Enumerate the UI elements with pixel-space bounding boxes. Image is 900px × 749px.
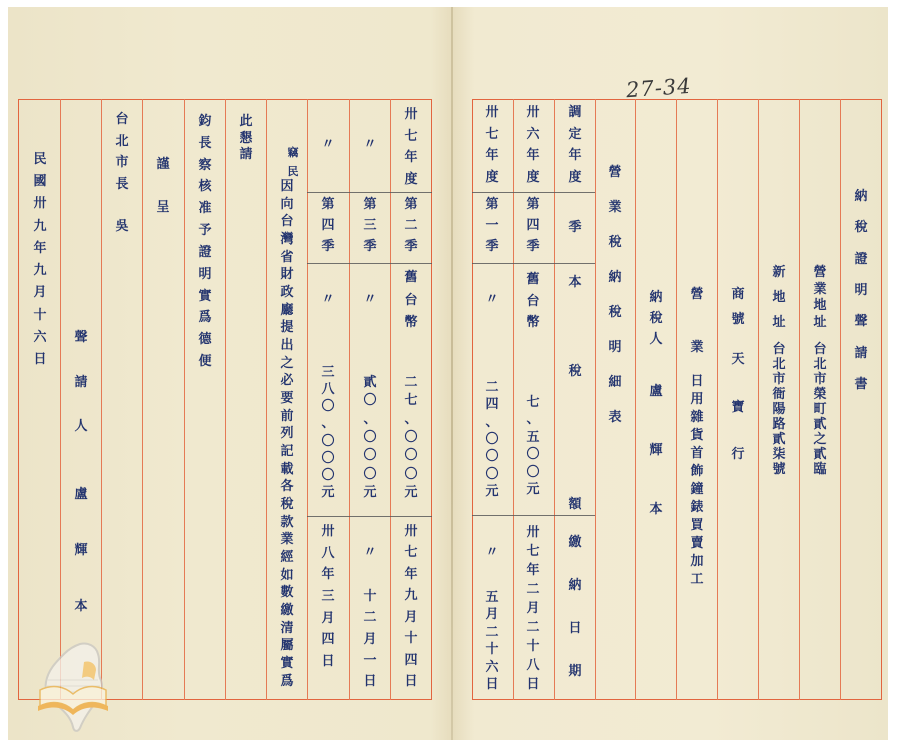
glyph: 鈞 bbox=[198, 115, 211, 129]
glyph: 定 bbox=[568, 128, 581, 142]
business-label: 營業 bbox=[688, 288, 706, 355]
glyph: 業 bbox=[813, 283, 826, 297]
table-rule bbox=[307, 192, 432, 193]
glyph: 〇 bbox=[321, 400, 334, 414]
glyph: 證 bbox=[198, 246, 211, 260]
glyph: 新 bbox=[772, 266, 785, 280]
grid-line bbox=[840, 99, 841, 700]
grid-line bbox=[60, 99, 61, 700]
glyph: 卅 bbox=[526, 106, 539, 120]
glyph: 第 bbox=[321, 198, 334, 212]
glyph: 營 bbox=[608, 166, 621, 180]
grid-line bbox=[595, 99, 596, 700]
glyph: 地 bbox=[813, 299, 826, 313]
glyph: 柒 bbox=[772, 448, 785, 462]
glyph: 月 bbox=[404, 611, 417, 625]
glyph: 賣 bbox=[690, 537, 703, 551]
table-rule bbox=[472, 263, 595, 264]
header-amount-1: 本 bbox=[566, 276, 584, 290]
glyph: 〇 bbox=[485, 450, 498, 464]
glyph: 出 bbox=[280, 339, 293, 353]
glyph: 要 bbox=[280, 392, 293, 406]
taxpayer-label: 納稅人 bbox=[647, 291, 665, 347]
glyph: 月 bbox=[33, 286, 46, 300]
glyph: 年 bbox=[404, 151, 417, 165]
glyph: 稅 bbox=[280, 498, 293, 512]
glyph: 輝 bbox=[74, 544, 87, 558]
glyph: 、 bbox=[404, 413, 417, 427]
row-quarter: 第三季 bbox=[361, 198, 379, 254]
glyph: 請 bbox=[239, 148, 252, 162]
grid-line bbox=[676, 99, 677, 700]
row-amount: 二七、〇〇〇元 bbox=[402, 376, 420, 500]
glyph: 日 bbox=[526, 678, 539, 692]
glyph: 月 bbox=[485, 608, 498, 622]
glyph: 衙 bbox=[772, 388, 785, 402]
glyph: 廳 bbox=[280, 304, 293, 318]
row-currency-ditto: 〃 bbox=[319, 293, 337, 307]
glyph: 〇 bbox=[363, 468, 376, 482]
glyph: 吳 bbox=[115, 220, 128, 234]
glyph: 〃 bbox=[485, 546, 498, 560]
row-year: 卅七年度 bbox=[402, 108, 420, 187]
glyph: 輝 bbox=[649, 444, 662, 458]
header-paid-date: 繳納日期 bbox=[566, 536, 584, 679]
business-address-value: 台北市榮町貳之貳臨 bbox=[811, 343, 829, 477]
glyph: 貳 bbox=[813, 448, 826, 462]
glyph: 錶 bbox=[690, 501, 703, 515]
glyph: 向 bbox=[280, 198, 293, 212]
glyph: 業 bbox=[608, 201, 621, 215]
glyph: 明 bbox=[198, 268, 211, 282]
glyph: 商 bbox=[731, 288, 744, 302]
glyph: 本 bbox=[649, 503, 662, 517]
glyph: 納 bbox=[568, 579, 581, 593]
glyph: 季 bbox=[568, 221, 581, 235]
glyph: 度 bbox=[568, 171, 581, 185]
glyph: 號 bbox=[731, 313, 744, 327]
row-paid-date: 卅七年九月十四日 bbox=[402, 525, 420, 689]
glyph: 、 bbox=[485, 416, 498, 430]
glyph: 寶 bbox=[731, 401, 744, 415]
glyph: 八 bbox=[321, 383, 334, 397]
glyph: 〇 bbox=[485, 468, 498, 482]
glyph: 核 bbox=[198, 180, 211, 194]
glyph: 元 bbox=[526, 483, 539, 497]
glyph: 各 bbox=[280, 480, 293, 494]
request-body: 鈞長察核准予證明實爲德便 bbox=[196, 115, 214, 369]
glyph: 〇 bbox=[404, 431, 417, 445]
row-currency-ditto: 〃 bbox=[361, 293, 379, 307]
glyph: 業 bbox=[690, 341, 703, 355]
glyph: 五 bbox=[526, 431, 539, 445]
business-value: 日用雜貨首飾鐘錶買賣加工 bbox=[688, 375, 706, 587]
glyph: 北 bbox=[772, 358, 785, 372]
glyph: 行 bbox=[731, 448, 744, 462]
glyph: 貳 bbox=[813, 418, 826, 432]
glyph: 二 bbox=[485, 626, 498, 640]
glyph: 日 bbox=[33, 353, 46, 367]
glyph: 二 bbox=[526, 583, 539, 597]
glyph: 首 bbox=[690, 447, 703, 461]
row-paid-date: 卅七年二月二十八日 bbox=[524, 526, 542, 692]
header-amount-2: 稅 bbox=[566, 365, 584, 379]
glyph: 〇 bbox=[321, 452, 334, 466]
row-quarter: 第二季 bbox=[402, 198, 420, 254]
glyph: 一 bbox=[485, 219, 498, 233]
glyph: 納 bbox=[608, 271, 621, 285]
glyph: 卅 bbox=[485, 106, 498, 120]
glyph: 經 bbox=[280, 551, 293, 565]
statement-prefix: 竊民 bbox=[284, 146, 302, 179]
glyph: 予 bbox=[198, 224, 211, 238]
taxpayer-name: 盧輝本 bbox=[647, 385, 665, 517]
glyph: 〃 bbox=[363, 293, 376, 307]
glyph: 繳 bbox=[568, 536, 581, 550]
glyph: 天 bbox=[731, 353, 744, 367]
glyph: 盧 bbox=[74, 488, 87, 502]
glyph: 度 bbox=[404, 173, 417, 187]
glyph: 日 bbox=[485, 678, 498, 692]
glyph: 第 bbox=[485, 198, 498, 212]
glyph: 調 bbox=[568, 106, 581, 120]
glyph: 本 bbox=[74, 600, 87, 614]
glyph: 七 bbox=[485, 128, 498, 142]
glyph: 必 bbox=[280, 374, 293, 388]
glyph: 款 bbox=[280, 516, 293, 530]
row-currency: 舊台幣 bbox=[524, 273, 542, 330]
glyph: 台 bbox=[115, 113, 128, 127]
glyph: 卅 bbox=[526, 526, 539, 540]
glyph: 貳 bbox=[363, 376, 376, 390]
glyph: 因 bbox=[280, 180, 293, 194]
row-paid-date-ditto: 〃 bbox=[361, 546, 379, 560]
glyph: 稅 bbox=[608, 236, 621, 250]
business-address-label: 營業地址 bbox=[811, 266, 829, 330]
applicant-name: 盧輝本 bbox=[72, 488, 90, 614]
row-year-ditto: 〃 bbox=[361, 138, 379, 152]
glyph: 路 bbox=[772, 418, 785, 432]
addressee-title: 台北市長 bbox=[113, 113, 131, 192]
glyph: 實 bbox=[198, 290, 211, 304]
grid-line bbox=[266, 99, 267, 700]
glyph: 人 bbox=[74, 420, 87, 434]
glyph: 年 bbox=[404, 568, 417, 582]
glyph: 六 bbox=[526, 128, 539, 142]
glyph: 、 bbox=[526, 413, 539, 427]
glyph: 、 bbox=[321, 417, 334, 431]
glyph: 〃 bbox=[363, 138, 376, 152]
glyph: 業 bbox=[280, 533, 293, 547]
glyph: 三 bbox=[321, 590, 334, 604]
glyph: 十 bbox=[404, 632, 417, 646]
glyph: 〇 bbox=[526, 466, 539, 480]
glyph: 稅 bbox=[649, 312, 662, 326]
grid-line bbox=[184, 99, 185, 700]
table-rule bbox=[307, 263, 432, 264]
document-title: 納稅證明聲請書 bbox=[852, 190, 870, 392]
glyph: 飾 bbox=[690, 465, 703, 479]
glyph: 〇 bbox=[363, 449, 376, 463]
glyph: 灣 bbox=[280, 233, 293, 247]
glyph: 七 bbox=[526, 396, 539, 410]
glyph: 九 bbox=[33, 264, 46, 278]
glyph: 〇 bbox=[321, 469, 334, 483]
glyph: 十 bbox=[33, 309, 46, 323]
row-year: 卅七年度 bbox=[483, 106, 501, 185]
glyph: 二 bbox=[404, 376, 417, 390]
page-fold bbox=[451, 7, 453, 740]
glyph: 度 bbox=[526, 171, 539, 185]
grid-line bbox=[513, 99, 514, 700]
grid-line bbox=[717, 99, 718, 700]
glyph: 町 bbox=[813, 403, 826, 417]
glyph: 前 bbox=[280, 410, 293, 424]
glyph: 明 bbox=[854, 284, 867, 298]
glyph: 數 bbox=[280, 586, 293, 600]
glyph: 十 bbox=[526, 640, 539, 654]
row-quarter: 第一季 bbox=[483, 198, 501, 254]
glyph: 〇 bbox=[404, 449, 417, 463]
glyph: 三 bbox=[363, 219, 376, 233]
glyph: 臨 bbox=[813, 463, 826, 477]
glyph: 屬 bbox=[280, 639, 293, 653]
glyph: 九 bbox=[404, 589, 417, 603]
glyph: 台 bbox=[526, 295, 539, 309]
glyph: 第 bbox=[526, 198, 539, 212]
glyph: 四 bbox=[485, 398, 498, 412]
glyph: 台 bbox=[772, 343, 785, 357]
glyph: 、 bbox=[363, 413, 376, 427]
archive-watermark-logo-icon bbox=[18, 640, 123, 735]
shop-name-label: 商號 bbox=[729, 288, 747, 327]
glyph: 年 bbox=[526, 564, 539, 578]
glyph: 卅 bbox=[404, 525, 417, 539]
glyph: 聲 bbox=[854, 315, 867, 329]
glyph: 〃 bbox=[321, 293, 334, 307]
shop-name-value: 天寶行 bbox=[729, 353, 747, 462]
glyph: 五 bbox=[485, 591, 498, 605]
glyph: 之 bbox=[813, 433, 826, 447]
glyph: 季 bbox=[485, 240, 498, 254]
glyph: 貨 bbox=[690, 429, 703, 443]
glyph: 聲 bbox=[74, 331, 87, 345]
glyph: 載 bbox=[280, 463, 293, 477]
glyph: 盧 bbox=[649, 385, 662, 399]
grid-line bbox=[101, 99, 102, 700]
row-currency-ditto: 〃 bbox=[483, 293, 501, 307]
glyph: 明 bbox=[608, 341, 621, 355]
glyph: 營 bbox=[813, 266, 826, 280]
glyph: 舊 bbox=[526, 273, 539, 287]
glyph: 八 bbox=[321, 547, 334, 561]
glyph: 卅 bbox=[404, 108, 417, 122]
glyph: 市 bbox=[115, 156, 128, 170]
header-amount-3: 額 bbox=[566, 498, 584, 512]
glyph: 長 bbox=[115, 178, 128, 192]
glyph: 呈 bbox=[156, 201, 169, 215]
glyph: 如 bbox=[280, 569, 293, 583]
glyph: 加 bbox=[690, 555, 703, 569]
glyph: 竊 bbox=[288, 146, 299, 160]
glyph: 日 bbox=[568, 622, 581, 636]
glyph: 台 bbox=[404, 294, 417, 308]
glyph: 省 bbox=[280, 251, 293, 265]
glyph: 工 bbox=[690, 573, 703, 587]
glyph: 元 bbox=[485, 485, 498, 499]
glyph: 財 bbox=[280, 268, 293, 282]
glyph: 一 bbox=[363, 654, 376, 668]
glyph: 市 bbox=[813, 373, 826, 387]
glyph: 市 bbox=[772, 373, 785, 387]
glyph: 北 bbox=[115, 135, 128, 149]
glyph: 日 bbox=[690, 375, 703, 389]
glyph: 國 bbox=[33, 175, 46, 189]
grid-line bbox=[142, 99, 143, 700]
glyph: 納 bbox=[649, 291, 662, 305]
row-quarter: 第四季 bbox=[524, 198, 542, 254]
glyph: 書 bbox=[854, 378, 867, 392]
glyph: 民 bbox=[33, 153, 46, 167]
glyph: 察 bbox=[198, 159, 211, 173]
row-year: 卅六年度 bbox=[524, 106, 542, 185]
table-rule bbox=[472, 192, 595, 193]
glyph: 民 bbox=[288, 165, 299, 179]
glyph: 長 bbox=[198, 137, 211, 151]
glyph: 稅 bbox=[854, 221, 867, 235]
glyph: 年 bbox=[33, 242, 46, 256]
glyph: 期 bbox=[568, 665, 581, 679]
submit-to: 謹呈 bbox=[154, 158, 172, 215]
glyph: 北 bbox=[813, 358, 826, 372]
glyph: 德 bbox=[198, 333, 211, 347]
glyph: 年 bbox=[568, 149, 581, 163]
new-address-value: 台北市衙陽路貳柒號 bbox=[770, 343, 788, 477]
glyph: 年 bbox=[526, 149, 539, 163]
glyph: 幣 bbox=[526, 316, 539, 330]
glyph: 榮 bbox=[813, 388, 826, 402]
glyph: 四 bbox=[526, 219, 539, 233]
glyph: 稅 bbox=[568, 365, 581, 379]
row-amount: 三八〇、〇〇〇元 bbox=[319, 366, 337, 500]
glyph: 址 bbox=[772, 316, 785, 330]
glyph: 請 bbox=[854, 347, 867, 361]
statement-text: 因向台灣省財政廳提出之必要前列記載各稅款業經如數繳清屬實爲 bbox=[278, 180, 296, 689]
glyph: 月 bbox=[321, 612, 334, 626]
glyph: 表 bbox=[608, 411, 621, 425]
glyph: 之 bbox=[280, 357, 293, 371]
glyph: 額 bbox=[568, 498, 581, 512]
glyph: 季 bbox=[363, 240, 376, 254]
applicant-label: 聲請人 bbox=[72, 331, 90, 434]
glyph: 季 bbox=[321, 240, 334, 254]
glyph: 元 bbox=[363, 486, 376, 500]
row-amount: 二四、〇〇〇元 bbox=[483, 381, 501, 499]
glyph: 〃 bbox=[485, 293, 498, 307]
grid-line bbox=[758, 99, 759, 700]
row-paid-date: 卅八年三月四日 bbox=[319, 525, 337, 669]
glyph: 八 bbox=[526, 659, 539, 673]
handwritten-reference-number: 27-34 bbox=[625, 74, 692, 103]
glyph: 七 bbox=[404, 130, 417, 144]
glyph: 七 bbox=[404, 546, 417, 560]
glyph: 本 bbox=[568, 276, 581, 290]
glyph: 台 bbox=[280, 215, 293, 229]
glyph: 舊 bbox=[404, 271, 417, 285]
glyph: 用 bbox=[690, 393, 703, 407]
glyph: 稅 bbox=[608, 306, 621, 320]
glyph: 日 bbox=[404, 675, 417, 689]
row-paid-date-ditto: 〃 bbox=[483, 546, 501, 560]
glyph: 年 bbox=[485, 149, 498, 163]
row-amount: 貳〇、〇〇〇元 bbox=[361, 376, 379, 500]
glyph: 〇 bbox=[404, 468, 417, 482]
grid-line bbox=[635, 99, 636, 700]
glyph: 〇 bbox=[321, 435, 334, 449]
glyph: 〇 bbox=[485, 433, 498, 447]
request-text: 此懇請 bbox=[237, 115, 255, 162]
glyph: 九 bbox=[33, 220, 46, 234]
glyph: 址 bbox=[813, 316, 826, 330]
glyph: 地 bbox=[772, 291, 785, 305]
glyph: 第 bbox=[363, 198, 376, 212]
glyph: 此 bbox=[239, 115, 252, 129]
glyph: 貳 bbox=[772, 433, 785, 447]
glyph: 年 bbox=[321, 568, 334, 582]
glyph: 幣 bbox=[404, 316, 417, 330]
glyph: 季 bbox=[404, 240, 417, 254]
header-quarter: 季 bbox=[566, 221, 584, 235]
glyph: 證 bbox=[854, 253, 867, 267]
glyph: 便 bbox=[198, 355, 211, 369]
new-address-label: 新地址 bbox=[770, 266, 788, 330]
glyph: 〃 bbox=[321, 138, 334, 152]
header-year: 調定年度 bbox=[566, 106, 584, 185]
row-year-ditto: 〃 bbox=[319, 138, 337, 152]
glyph: 第 bbox=[404, 198, 417, 212]
table-rule bbox=[472, 515, 595, 516]
glyph: 七 bbox=[404, 394, 417, 408]
glyph: 〇 bbox=[363, 431, 376, 445]
glyph: 買 bbox=[690, 519, 703, 533]
glyph: 爲 bbox=[198, 311, 211, 325]
glyph: 元 bbox=[321, 486, 334, 500]
glyph: 繳 bbox=[280, 604, 293, 618]
glyph: 台 bbox=[813, 343, 826, 357]
glyph: 十 bbox=[363, 590, 376, 604]
glyph: 度 bbox=[485, 171, 498, 185]
glyph: 四 bbox=[404, 654, 417, 668]
glyph: 准 bbox=[198, 202, 211, 216]
glyph: 陽 bbox=[772, 403, 785, 417]
glyph: 卅 bbox=[321, 525, 334, 539]
glyph: 四 bbox=[321, 633, 334, 647]
glyph: 六 bbox=[485, 661, 498, 675]
glyph: 月 bbox=[526, 602, 539, 616]
glyph: 請 bbox=[74, 376, 87, 390]
grid-line bbox=[225, 99, 226, 700]
glyph: 日 bbox=[363, 675, 376, 689]
grid-line bbox=[799, 99, 800, 700]
row-paid-date: 十二月一日 bbox=[361, 590, 379, 689]
glyph: 日 bbox=[321, 655, 334, 669]
row-amount: 七、五〇〇元 bbox=[524, 396, 542, 497]
glyph: 二 bbox=[404, 219, 417, 233]
glyph: 〇 bbox=[526, 448, 539, 462]
glyph: 爲 bbox=[280, 675, 293, 689]
addressee-name: 吳 bbox=[113, 220, 131, 234]
glyph: 二 bbox=[485, 381, 498, 395]
